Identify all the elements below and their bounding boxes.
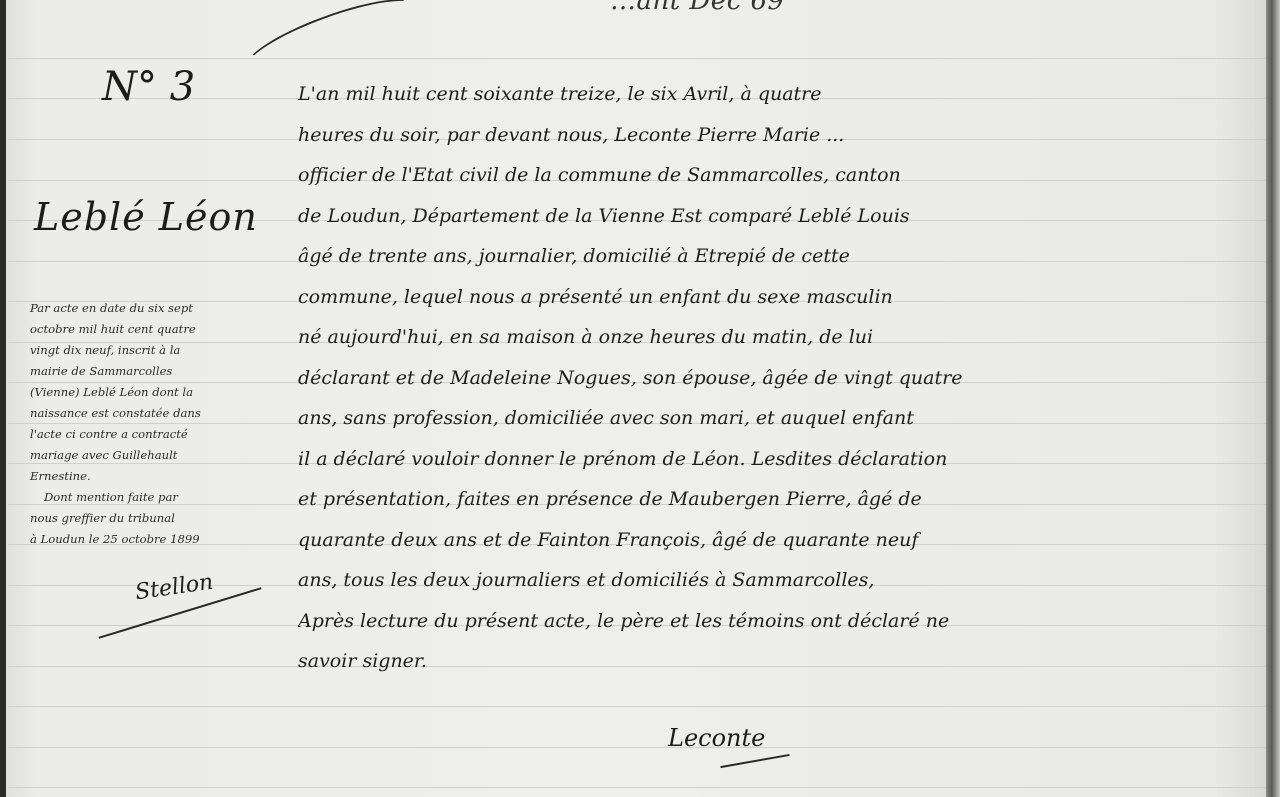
annotation-line: vingt dix neuf, inscrit à la [30, 340, 292, 361]
body-line: L'an mil huit cent soixante treize, le s… [298, 74, 1258, 115]
officer-signature: Leconte [668, 724, 765, 752]
annotation-line: nous greffier du tribunal [30, 508, 292, 529]
annotation-line: Ernestine. [30, 466, 292, 487]
body-line: déclarant et de Madeleine Nogues, son ép… [298, 358, 1258, 399]
header-fragment: …ant Dec 69 [610, 0, 785, 16]
body-line: de Loudun, Département de la Vienne Est … [298, 196, 1258, 237]
signature-flourish [720, 754, 789, 768]
subject-name: Leblé Léon [34, 195, 258, 239]
body-line: né aujourd'hui, en sa maison à onze heur… [298, 317, 1258, 358]
body-line: ans, sans profession, domiciliée avec so… [298, 398, 1258, 439]
margin-annotation: Par acte en date du six sept octobre mil… [30, 298, 292, 550]
body-line: ans, tous les deux journaliers et domici… [298, 560, 1258, 601]
body-line: quarante deux ans et de Fainton François… [298, 520, 1258, 561]
annotation-line: à Loudun le 25 octobre 1899 [30, 529, 292, 550]
register-page: …ant Dec 69 N° 3 Leblé Léon Par acte en … [0, 0, 1280, 797]
annotation-line: mairie de Sammarcolles [30, 361, 292, 382]
body-line: Après lecture du présent acte, le père e… [298, 601, 1258, 642]
annotation-line: octobre mil huit cent quatre [30, 319, 292, 340]
body-line: savoir signer. [298, 641, 1258, 682]
body-line: et présentation, faites en présence de M… [298, 479, 1258, 520]
record-body: L'an mil huit cent soixante treize, le s… [298, 74, 1258, 682]
annotation-line: mariage avec Guillehault [30, 445, 292, 466]
annotation-line: l'acte ci contre a contracté [30, 424, 292, 445]
annotation-line: (Vienne) Leblé Léon dont la [30, 382, 292, 403]
annotation-line: Par acte en date du six sept [30, 298, 292, 319]
body-line: officier de l'Etat civil de la commune d… [298, 155, 1258, 196]
body-line: heures du soir, par devant nous, Leconte… [298, 115, 1258, 156]
body-line: commune, lequel nous a présenté un enfan… [298, 277, 1258, 318]
annotation-line: naissance est constatée dans [30, 403, 292, 424]
entry-number: N° 3 [102, 64, 195, 110]
page-right-edge [1266, 0, 1280, 797]
body-line: âgé de trente ans, journalier, domicilié… [298, 236, 1258, 277]
annotation-line: Dont mention faite par [30, 487, 292, 508]
page-left-binding [0, 0, 6, 797]
body-line: il a déclaré vouloir donner le prénom de… [298, 439, 1258, 480]
